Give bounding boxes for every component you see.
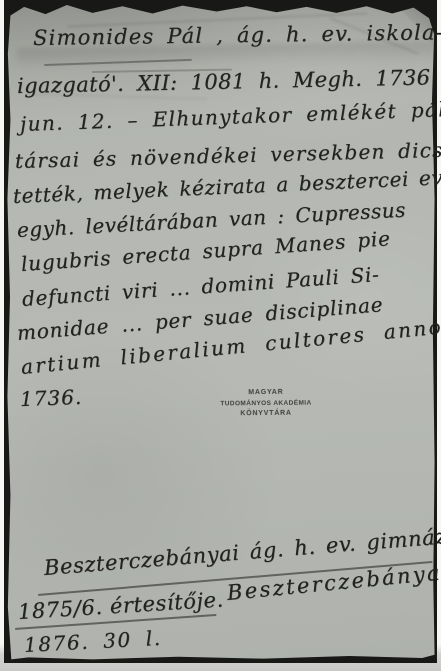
manuscript-line: 1736. bbox=[20, 385, 83, 411]
library-stamp: MAGYAR TUDOMÁNYOS AKADÉMIA KÖNYVTÁRA bbox=[208, 387, 324, 420]
stamp-line: KÖNYVTÁRA bbox=[208, 408, 324, 420]
photograph: Simonides Pál , ág. h. ev. iskola- igazg… bbox=[0, 0, 441, 671]
stamp-line: TUDOMÁNYOS AKADÉMIA bbox=[208, 398, 324, 410]
